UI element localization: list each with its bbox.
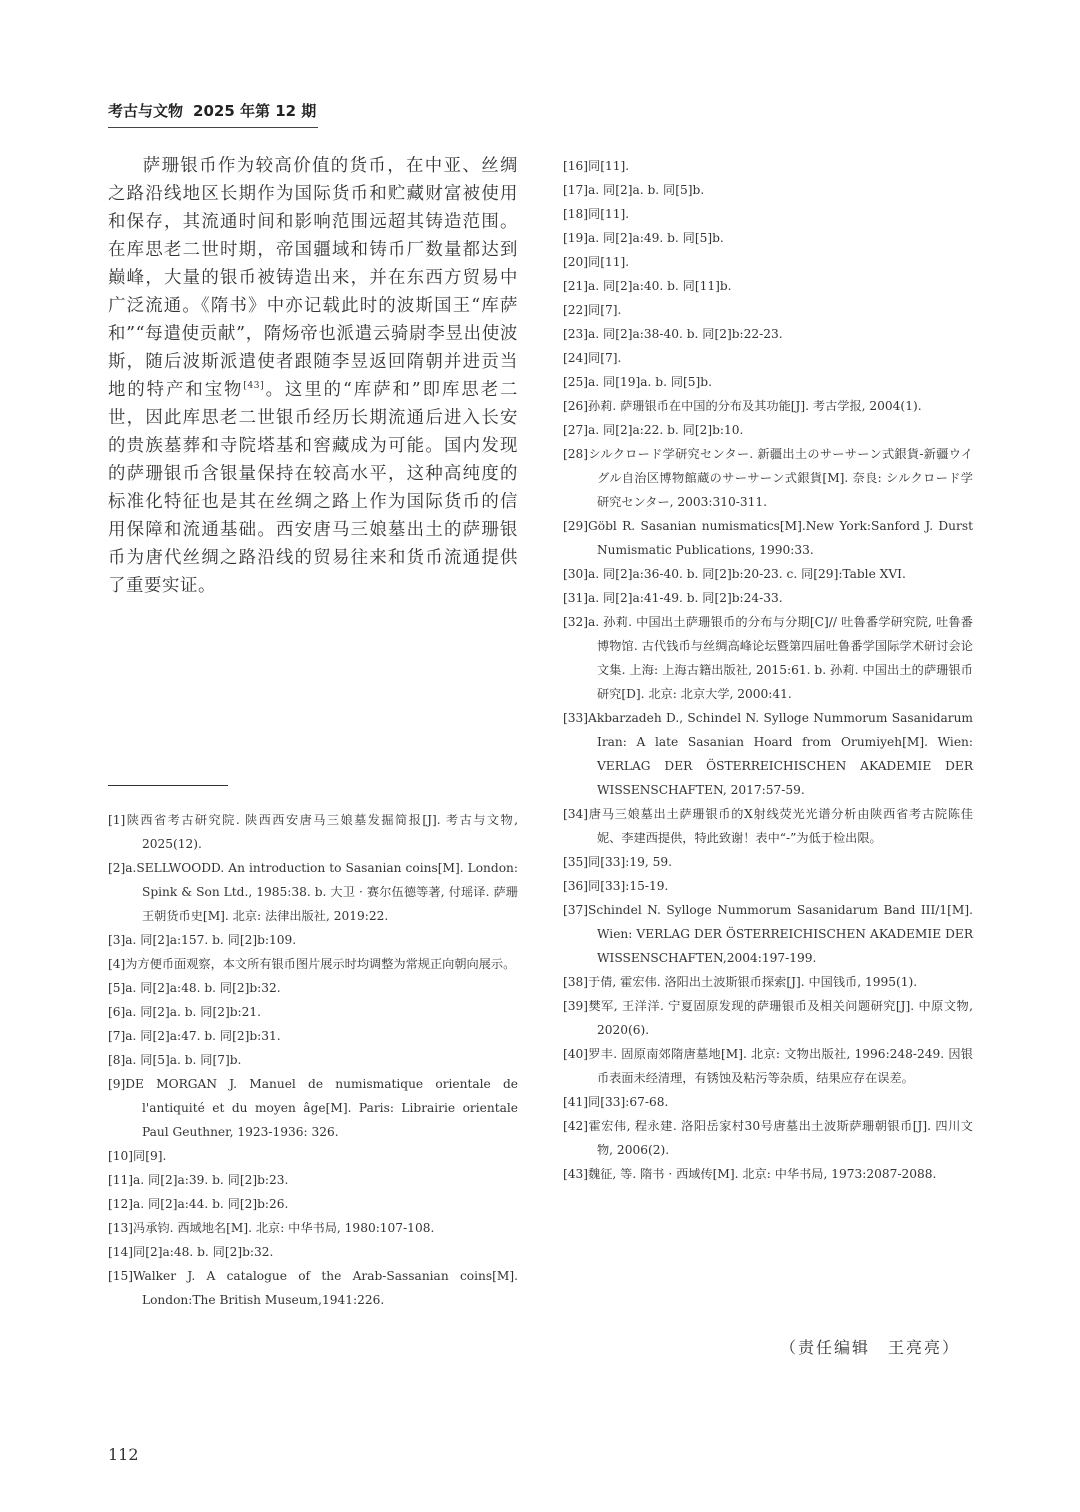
note-item: [18]同[11]. [563,202,973,226]
note-number: [23] [563,322,588,346]
note-number: [37] [563,898,588,922]
note-item: [43]魏征, 等. 隋书 · 西域传[M]. 北京: 中华书局, 1973:2… [563,1162,973,1186]
note-text: 同[33]:15-19. [588,879,668,893]
note-number: [29] [563,514,588,538]
note-text: a. 同[2]a:22. b. 同[2]b:10. [588,423,743,437]
note-text: a. 同[2]a. b. 同[5]b. [588,183,704,197]
note-text: a. 同[19]a. b. 同[5]b. [588,375,712,389]
note-number: [17] [563,178,588,202]
note-number: [5] [108,976,125,1000]
note-item: [1]陕西省考古研究院. 陕西西安唐马三娘墓发掘简报[J]. 考古与文物, 20… [108,808,518,856]
note-number: [38] [563,970,588,994]
note-number: [27] [563,418,588,442]
journal-title: 考古与文物 [108,102,183,120]
note-text: 同[7]. [588,303,621,317]
note-text: 唐马三娘墓出土萨珊银币的X射线荧光光谱分析由陕西省考古院陈佳妮、李建西提供，特此… [588,807,973,845]
note-number: [12] [108,1192,133,1216]
note-number: [1] [108,808,125,832]
note-item: [42]霍宏伟, 程永建. 洛阳岳家村30号唐墓出土波斯萨珊朝银币[J]. 四川… [563,1114,973,1162]
note-text: 冯承钧. 西域地名[M]. 北京: 中华书局, 1980:107-108. [133,1221,434,1235]
note-text: シルクロード学研究センター. 新疆出土のサーサーン式銀貨-新疆ウイグル自治区博物… [588,447,973,509]
note-number: [19] [563,226,588,250]
note-text: 同[7]. [588,351,621,365]
note-number: [42] [563,1114,588,1138]
note-item: [12]a. 同[2]a:44. b. 同[2]b:26. [108,1192,518,1216]
page-number: 112 [108,1445,139,1464]
note-item: [35]同[33]:19, 59. [563,850,973,874]
note-text: a. 同[2]a:47. b. 同[2]b:31. [125,1029,280,1043]
reference-marker[interactable]: [43] [243,381,264,391]
note-item: [19]a. 同[2]a:49. b. 同[5]b. [563,226,973,250]
note-item: [36]同[33]:15-19. [563,874,973,898]
note-text: 陕西省考古研究院. 陕西西安唐马三娘墓发掘简报[J]. 考古与文物, 2025(… [125,813,518,851]
note-number: [22] [563,298,588,322]
note-item: [7]a. 同[2]a:47. b. 同[2]b:31. [108,1024,518,1048]
note-item: [2]a.SELLWOODD. An introduction to Sasan… [108,856,518,928]
note-item: [34]唐马三娘墓出土萨珊银币的X射线荧光光谱分析由陕西省考古院陈佳妮、李建西提… [563,802,973,850]
note-item: [14]同[2]a:48. b. 同[2]b:32. [108,1240,518,1264]
note-text: 樊军, 王洋洋. 宁夏固原发现的萨珊银币及相关问题研究[J]. 中原文物, 20… [588,999,973,1037]
note-item: [37]Schindel N. Sylloge Nummorum Sasanid… [563,898,973,970]
note-item: [15]Walker J. A catalogue of the Arab-Sa… [108,1264,518,1312]
note-item: [4]为方便币面观察，本文所有银币图片展示时均调整为常规正向朝向展示。 [108,952,518,976]
note-item: [28]シルクロード学研究センター. 新疆出土のサーサーン式銀貨-新疆ウイグル自… [563,442,973,514]
note-text: 霍宏伟, 程永建. 洛阳岳家村30号唐墓出土波斯萨珊朝银币[J]. 四川文物, … [588,1119,973,1157]
notes-left-column: [1]陕西省考古研究院. 陕西西安唐马三娘墓发掘简报[J]. 考古与文物, 20… [108,808,518,1312]
note-text: a. 同[2]a:38-40. b. 同[2]b:22-23. [588,327,783,341]
note-number: [41] [563,1090,588,1114]
note-number: [18] [563,202,588,226]
note-text: a. 同[2]a:48. b. 同[2]b:32. [125,981,280,995]
note-number: [32] [563,610,588,634]
note-item: [11]a. 同[2]a:39. b. 同[2]b:23. [108,1168,518,1192]
note-text: 同[11]. [588,207,629,221]
note-text: a. 同[2]a. b. 同[2]b:21. [125,1005,261,1019]
body-paragraph: 萨珊银币作为较高价值的货币，在中亚、丝绸之路沿线地区长期作为国际货币和贮藏财富被… [108,152,518,600]
note-number: [36] [563,874,588,898]
note-number: [20] [563,250,588,274]
note-number: [24] [563,346,588,370]
note-item: [32]a. 孙莉. 中国出土萨珊银币的分布与分期[C]// 吐鲁番学研究院, … [563,610,973,706]
note-number: [2] [108,856,125,880]
note-number: [11] [108,1168,133,1192]
note-item: [31]a. 同[2]a:41-49. b. 同[2]b:24-33. [563,586,973,610]
running-header: 考古与文物2025 年第 12 期 [108,100,318,128]
note-text: 同[11]. [588,159,629,173]
note-item: [5]a. 同[2]a:48. b. 同[2]b:32. [108,976,518,1000]
note-item: [21]a. 同[2]a:40. b. 同[11]b. [563,274,973,298]
note-number: [33] [563,706,588,730]
note-text: 魏征, 等. 隋书 · 西域传[M]. 北京: 中华书局, 1973:2087-… [588,1167,936,1181]
note-item: [30]a. 同[2]a:36-40. b. 同[2]b:20-23. c. 同… [563,562,973,586]
note-text: 同[2]a:48. b. 同[2]b:32. [133,1245,273,1259]
note-number: [8] [108,1048,125,1072]
note-item: [16]同[11]. [563,154,973,178]
note-item: [40]罗丰. 固原南郊隋唐墓地[M]. 北京: 文物出版社, 1996:248… [563,1042,973,1090]
note-number: [15] [108,1264,133,1288]
note-item: [27]a. 同[2]a:22. b. 同[2]b:10. [563,418,973,442]
note-item: [24]同[7]. [563,346,973,370]
note-text: a. 同[5]a. b. 同[7]b. [125,1053,241,1067]
note-item: [17]a. 同[2]a. b. 同[5]b. [563,178,973,202]
note-number: [31] [563,586,588,610]
note-number: [16] [563,154,588,178]
note-number: [7] [108,1024,125,1048]
note-number: [35] [563,850,588,874]
note-item: [20]同[11]. [563,250,973,274]
note-number: [21] [563,274,588,298]
note-item: [10]同[9]. [108,1144,518,1168]
note-number: [30] [563,562,588,586]
note-item: [39]樊军, 王洋洋. 宁夏固原发现的萨珊银币及相关问题研究[J]. 中原文物… [563,994,973,1042]
note-text: 为方便币面观察，本文所有银币图片展示时均调整为常规正向朝向展示。 [125,957,515,971]
note-number: [26] [563,394,588,418]
note-number: [13] [108,1216,133,1240]
note-number: [14] [108,1240,133,1264]
note-item: [8]a. 同[5]a. b. 同[7]b. [108,1048,518,1072]
note-text: a. 同[2]a:49. b. 同[5]b. [588,231,724,245]
note-text: a. 同[2]a:40. b. 同[11]b. [588,279,732,293]
note-item: [29]Göbl R. Sasanian numismatics[M].New … [563,514,973,562]
body-text-part-2: 。这里的“库萨和”即库思老二世，因此库思老二世银币经历长期流通后进入长安的贵族墓… [108,380,518,596]
note-text: a. 同[2]a:157. b. 同[2]b:109. [125,933,296,947]
note-number: [6] [108,1000,125,1024]
note-text: Schindel N. Sylloge Nummorum Sasanidarum… [588,903,973,965]
note-text: a.SELLWOODD. An introduction to Sasanian… [125,861,518,923]
note-text: a. 孙莉. 中国出土萨珊银币的分布与分期[C]// 吐鲁番学研究院, 吐鲁番博… [588,615,973,701]
note-item: [13]冯承钧. 西域地名[M]. 北京: 中华书局, 1980:107-108… [108,1216,518,1240]
note-number: [25] [563,370,588,394]
note-number: [40] [563,1042,588,1066]
note-text: Akbarzadeh D., Schindel N. Sylloge Nummo… [588,711,973,797]
note-text: DE MORGAN J. Manuel de numismatique orie… [125,1077,518,1139]
note-text: 于倩, 霍宏伟. 洛阳出土波斯银币探索[J]. 中国钱币, 1995(1). [588,975,917,989]
issue-label: 2025 年第 12 期 [193,102,316,120]
note-text: Walker J. A catalogue of the Arab-Sassan… [133,1269,518,1307]
note-number: [9] [108,1072,125,1096]
note-text: 同[11]. [588,255,629,269]
note-text: 罗丰. 固原南郊隋唐墓地[M]. 北京: 文物出版社, 1996:248-249… [588,1047,973,1085]
note-text: 同[33]:67-68. [588,1095,668,1109]
note-item: [9]DE MORGAN J. Manuel de numismatique o… [108,1072,518,1144]
note-item: [22]同[7]. [563,298,973,322]
note-text: a. 同[2]a:39. b. 同[2]b:23. [133,1173,288,1187]
body-text-part-1: 萨珊银币作为较高价值的货币，在中亚、丝绸之路沿线地区长期作为国际货币和贮藏财富被… [108,156,518,400]
note-text: a. 同[2]a:44. b. 同[2]b:26. [133,1197,288,1211]
note-item: [41]同[33]:67-68. [563,1090,973,1114]
responsible-editor: （责任编辑 王亮亮） [780,1335,980,1358]
note-number: [39] [563,994,588,1018]
footnote-divider [108,785,228,786]
note-text: 同[33]:19, 59. [588,855,672,869]
note-text: a. 同[2]a:36-40. b. 同[2]b:20-23. c. 同[29]… [588,567,906,581]
note-item: [33]Akbarzadeh D., Schindel N. Sylloge N… [563,706,973,802]
note-number: [43] [563,1162,588,1186]
note-item: [23]a. 同[2]a:38-40. b. 同[2]b:22-23. [563,322,973,346]
note-number: [3] [108,928,125,952]
note-item: [3]a. 同[2]a:157. b. 同[2]b:109. [108,928,518,952]
note-text: 孙莉. 萨珊银币在中国的分布及其功能[J]. 考古学报, 2004(1). [588,399,922,413]
note-item: [6]a. 同[2]a. b. 同[2]b:21. [108,1000,518,1024]
note-number: [34] [563,802,588,826]
note-number: [28] [563,442,588,466]
note-text: Göbl R. Sasanian numismatics[M].New York… [588,519,973,557]
note-text: 同[9]. [133,1149,166,1163]
note-text: a. 同[2]a:41-49. b. 同[2]b:24-33. [588,591,783,605]
note-item: [25]a. 同[19]a. b. 同[5]b. [563,370,973,394]
note-number: [10] [108,1144,133,1168]
notes-right-column: [16]同[11].[17]a. 同[2]a. b. 同[5]b.[18]同[1… [563,154,973,1186]
note-item: [38]于倩, 霍宏伟. 洛阳出土波斯银币探索[J]. 中国钱币, 1995(1… [563,970,973,994]
note-item: [26]孙莉. 萨珊银币在中国的分布及其功能[J]. 考古学报, 2004(1)… [563,394,973,418]
note-number: [4] [108,952,125,976]
